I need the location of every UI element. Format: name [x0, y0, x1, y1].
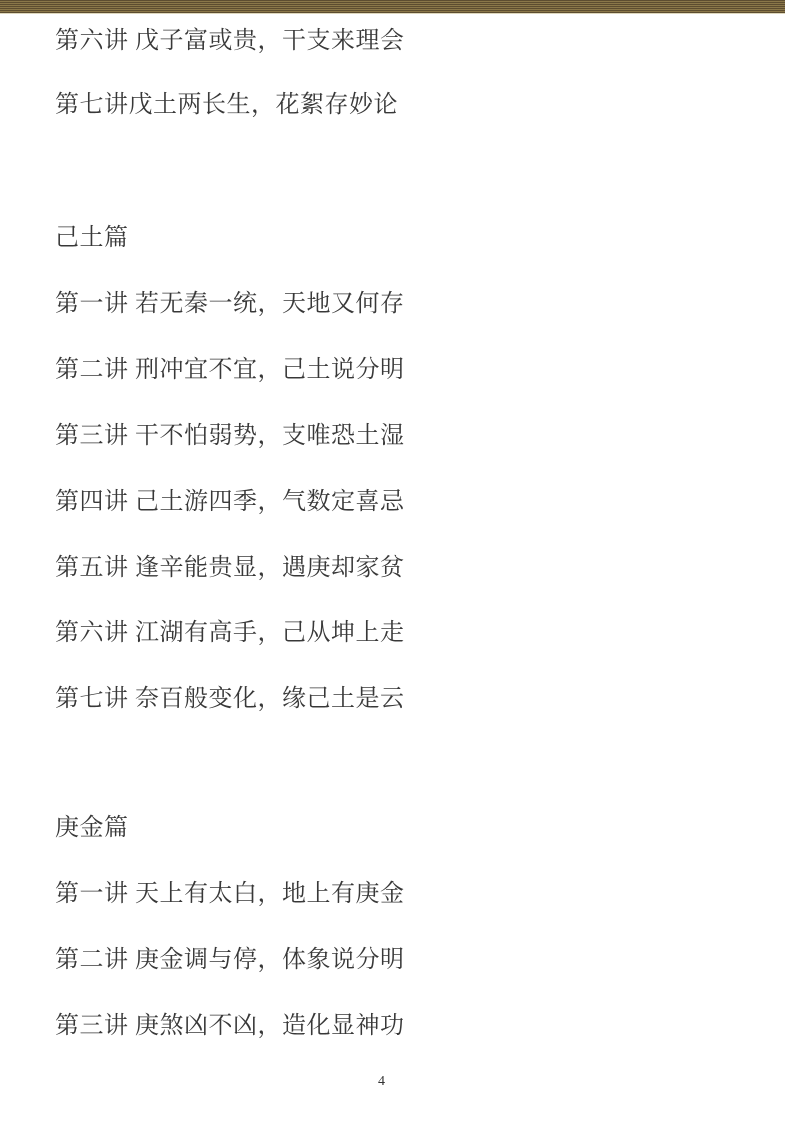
toc-line: 第二讲 庚金调与停，体象说分明	[55, 948, 405, 973]
section-heading: 庚金篇	[55, 816, 129, 841]
toc-line: 第六讲 戊子富或贵，干支来理会	[55, 29, 405, 54]
toc-line: 第三讲 干不怕弱势，支唯恐土湿	[55, 424, 405, 449]
toc-line: 第四讲 己土游四季，气数定喜忌	[55, 490, 405, 515]
toc-line: 第五讲 逢辛能贵显，遇庚却家贫	[55, 556, 405, 581]
toc-line: 第七讲戊土两长生，花絮存妙论	[55, 93, 398, 118]
toc-line: 第二讲 刑冲宜不宜，己土说分明	[55, 358, 405, 383]
toc-line: 第一讲 天上有太白，地上有庚金	[55, 882, 405, 907]
document-page: 第六讲 戊子富或贵，干支来理会 第七讲戊土两长生，花絮存妙论 己土篇 第一讲 若…	[0, 0, 785, 1133]
toc-line: 第七讲 奈百般变化，缘己土是云	[55, 687, 405, 712]
toc-line: 第三讲 庚煞凶不凶，造化显神功	[55, 1014, 405, 1039]
toc-line: 第六讲 江湖有高手，己从坤上走	[55, 621, 405, 646]
toc-line: 第一讲 若无秦一统，天地又何存	[55, 292, 405, 317]
section-heading: 己土篇	[55, 226, 129, 251]
page-number: 4	[0, 1074, 763, 1090]
